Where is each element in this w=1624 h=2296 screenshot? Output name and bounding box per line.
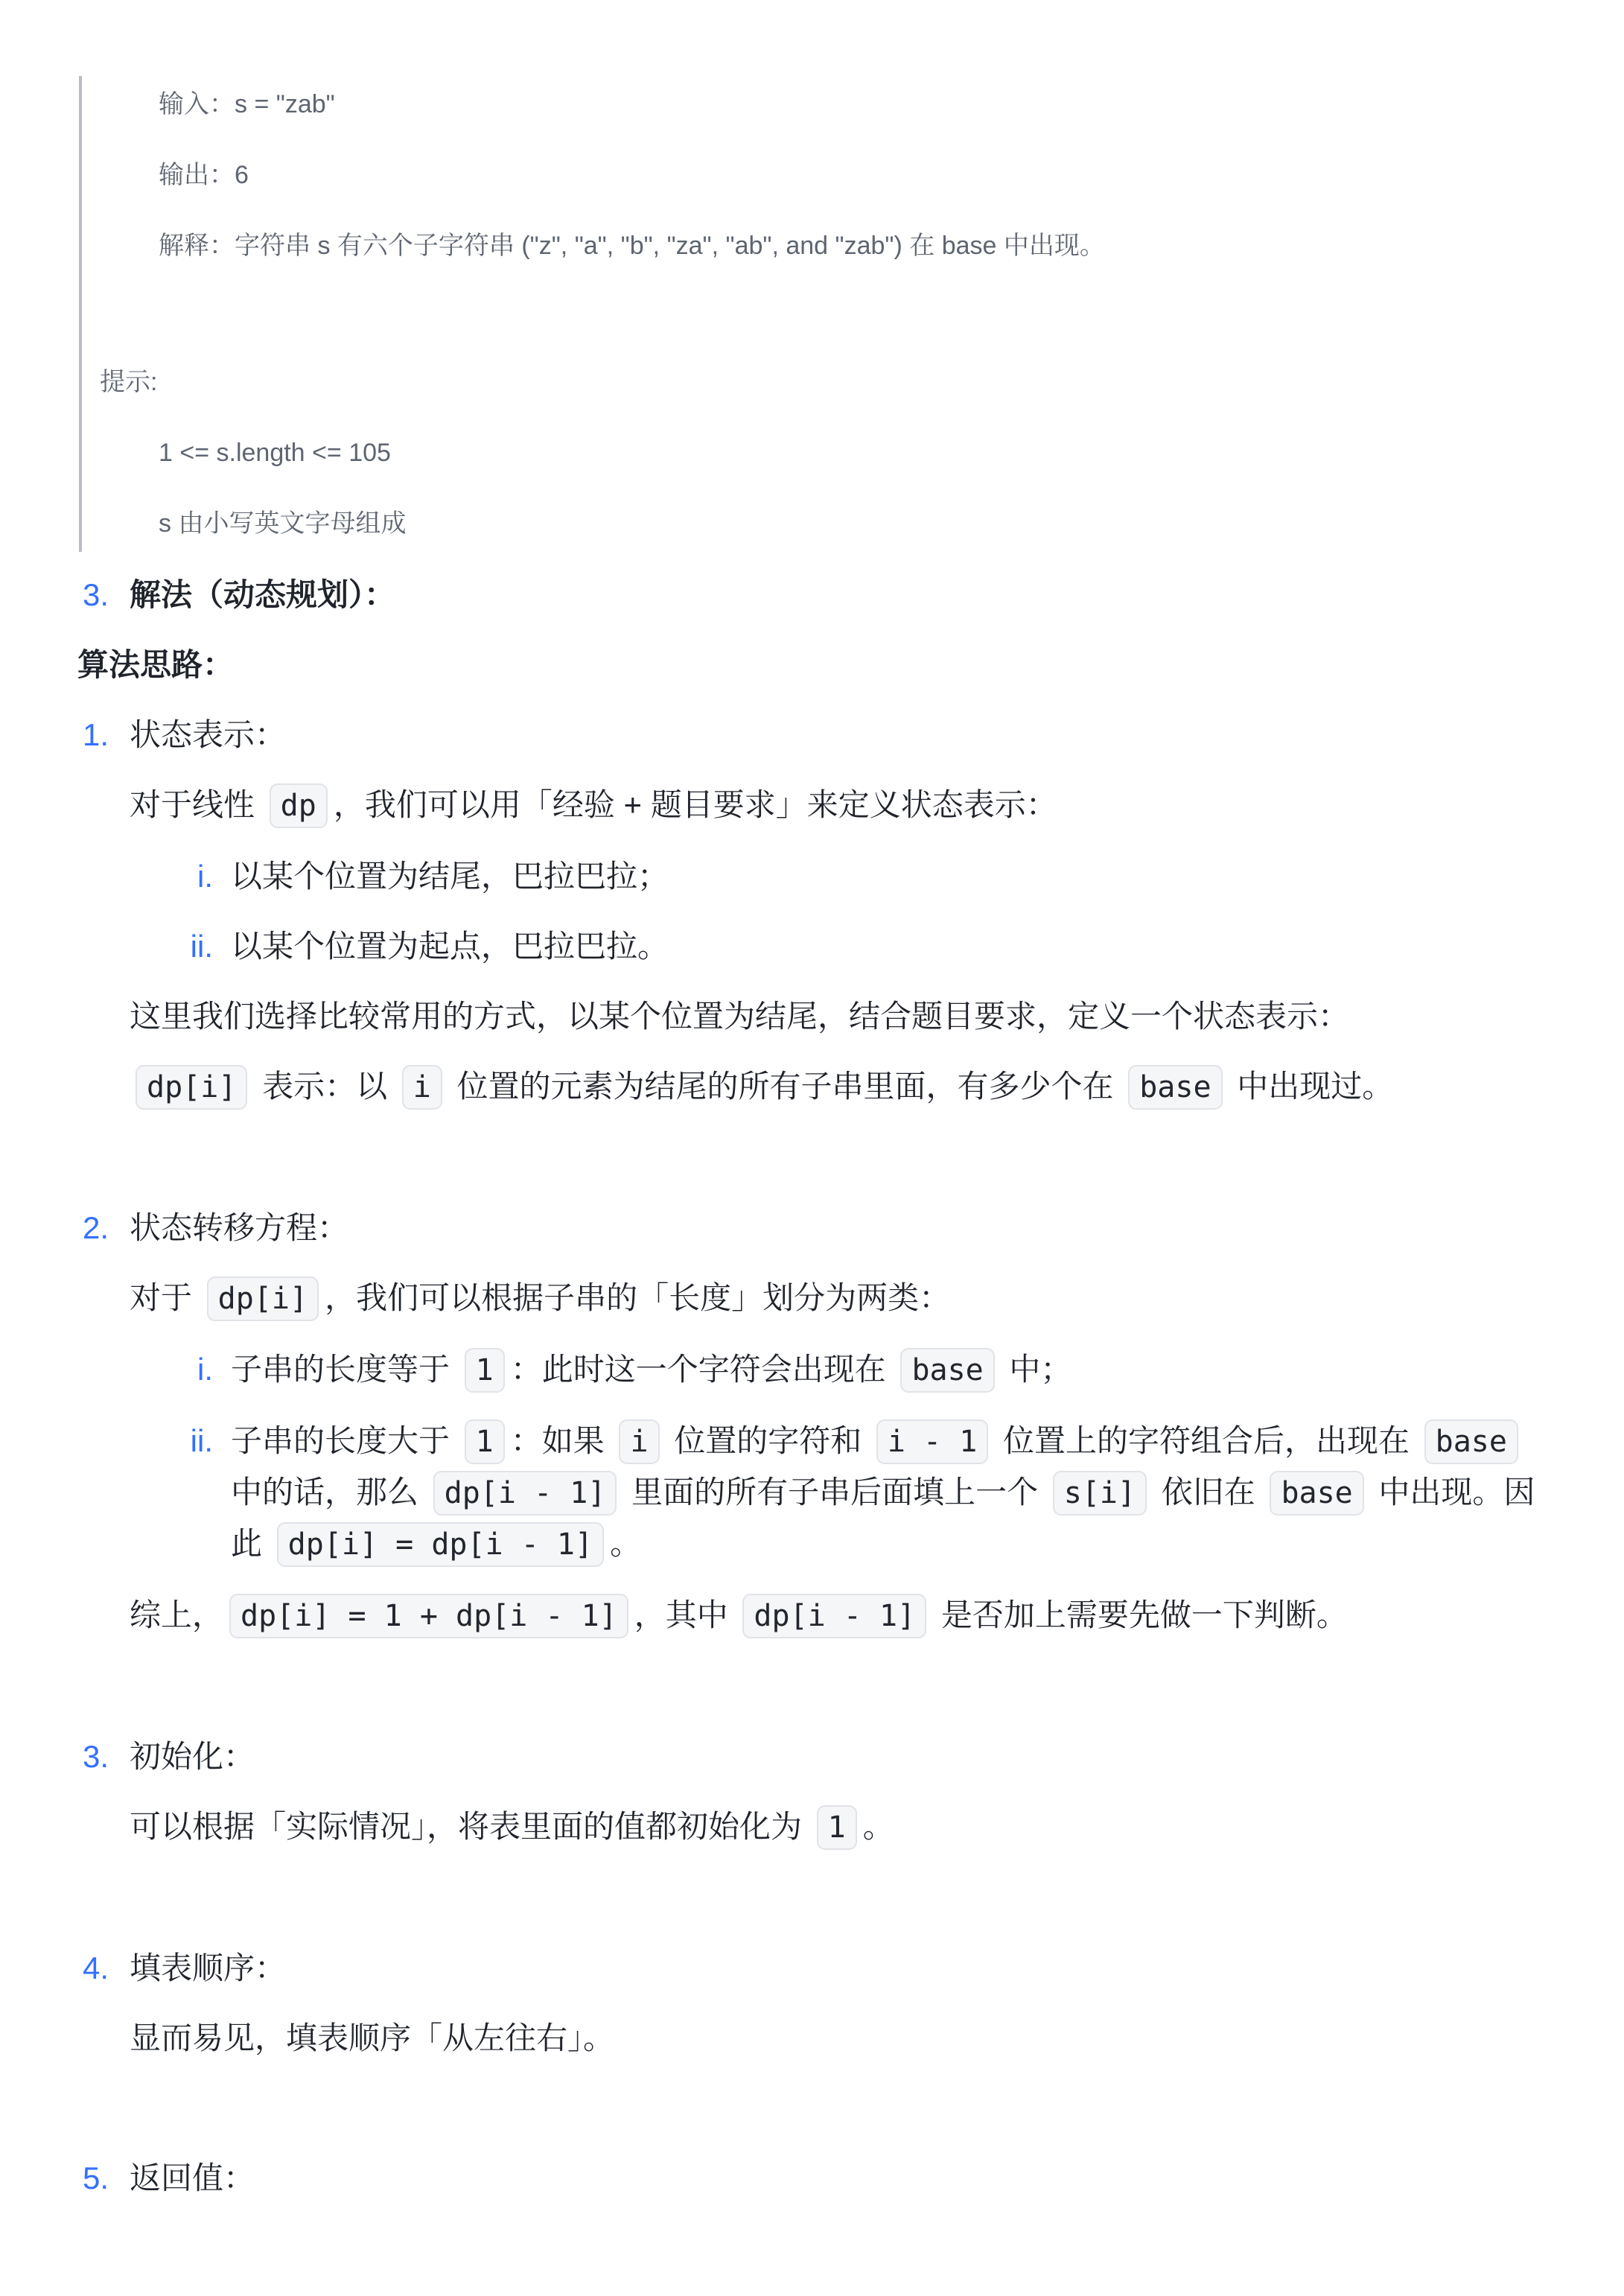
solution-heading-title: 解法（动态规划）： — [130, 570, 1550, 620]
roman-marker: ii. — [130, 1416, 213, 1466]
text-run: 对于线性 — [130, 787, 264, 822]
inline-code-chip: base — [900, 1348, 994, 1393]
step-fill-order: 4. 填表顺序： 显而易见，填表顺序「从左往右」。 — [67, 1943, 1550, 2153]
inline-code-chip: i — [402, 1065, 442, 1110]
text-run: 位置上的字符组合后，出现在 — [994, 1423, 1418, 1458]
text-run: ，其中 — [634, 1597, 737, 1632]
problem-quote: 输入：s = "zab" 输出：6 解释：字符串 s 有六个子字符串 ("z",… — [79, 76, 1550, 552]
inline-code-chip: base — [1270, 1471, 1363, 1516]
text-run: 综上， — [130, 1597, 223, 1632]
example-explanation-line: 解释：字符串 s 有六个子字符串 ("z", "a", "b", "za", "… — [159, 228, 1550, 264]
inline-code-chip: base — [1424, 1419, 1518, 1464]
text-run: 依旧在 — [1153, 1475, 1264, 1510]
list-marker: 1. — [67, 710, 109, 760]
text-run: ：如果 — [511, 1423, 614, 1458]
roman-list-item: ii. 子串的长度大于 1：如果 i 位置的字符和 i - 1 位置上的字符组合… — [130, 1416, 1550, 1590]
roman-marker: i. — [130, 1344, 213, 1394]
step-initialization: 3. 初始化： 可以根据「实际情况」，将表里面的值都初始化为 1。 — [67, 1731, 1550, 1943]
step-content: 状态转移方程： 对于 dp[i]，我们可以根据子串的「长度」划分为两类： i. … — [130, 1203, 1550, 1731]
text-run: 位置的字符和 — [666, 1423, 870, 1458]
text-run: 位置的元素为结尾的所有子串里面，有多少个在 — [448, 1069, 1122, 1104]
text-run: 中； — [1001, 1352, 1072, 1387]
inline-code-chip: dp[i] — [136, 1065, 247, 1110]
text-run: ，我们可以用「经验 + 题目要求」来定义状态表示： — [334, 787, 1057, 822]
text-run: 以某个位置为起点，巴拉巴拉。 — [231, 929, 669, 964]
paragraph: 综上，dp[i] = 1 + dp[i - 1]，其中 dp[i - 1] 是否… — [130, 1590, 1550, 1641]
list-marker: 4. — [67, 1943, 109, 1993]
inline-code-chip: dp[i - 1] — [433, 1471, 617, 1516]
roman-marker: i. — [130, 851, 213, 901]
text-run: 这里我们选择比较常用的方式，以某个位置为结尾，结合题目要求，定义一个状态表示： — [130, 999, 1349, 1034]
roman-list-item: i. 以某个位置为结尾，巴拉巴拉； — [130, 851, 1550, 921]
inline-code-chip: dp[i - 1] — [742, 1594, 926, 1638]
document-page: 输入：s = "zab" 输出：6 解释：字符串 s 有六个子字符串 ("z",… — [0, 0, 1624, 2296]
inline-code-chip: dp[i] = dp[i - 1] — [277, 1522, 604, 1567]
algorithm-ideas-heading: 算法思路： — [77, 640, 1550, 690]
paragraph: 对于 dp[i]，我们可以根据子串的「长度」划分为两类： — [130, 1273, 1550, 1324]
hints-label: 提示: — [100, 364, 1550, 400]
step-title: 初始化： — [130, 1731, 1550, 1781]
step-title: 返回值： — [130, 2153, 1550, 2203]
step-content: 初始化： 可以根据「实际情况」，将表里面的值都初始化为 1。 — [130, 1731, 1550, 1943]
text-run: 里面的所有子串后面填上一个 — [622, 1475, 1046, 1510]
roman-item-text: 子串的长度等于 1：此时这一个字符会出现在 base 中； — [231, 1344, 1550, 1396]
inline-code-chip: 1 — [817, 1805, 857, 1850]
step-content: 状态表示： 对于线性 dp，我们可以用「经验 + 题目要求」来定义状态表示： i… — [130, 710, 1550, 1203]
inline-code-chip: i - 1 — [876, 1419, 988, 1464]
text-run: 表示：以 — [253, 1069, 395, 1104]
roman-list-item: i. 子串的长度等于 1：此时这一个字符会出现在 base 中； — [130, 1344, 1550, 1416]
solution-heading-row: 3. 解法（动态规划）： — [67, 570, 1550, 640]
text-run: ：此时这一个字符会出现在 — [511, 1352, 895, 1387]
example-output-line: 输出：6 — [159, 157, 1550, 193]
step-transition-equation: 2. 状态转移方程： 对于 dp[i]，我们可以根据子串的「长度」划分为两类： … — [67, 1203, 1550, 1731]
paragraph: 这里我们选择比较常用的方式，以某个位置为结尾，结合题目要求，定义一个状态表示： — [130, 991, 1550, 1041]
text-run: 以某个位置为结尾，巴拉巴拉； — [231, 859, 669, 894]
inline-code-chip: dp[i] = 1 + dp[i - 1] — [229, 1594, 628, 1638]
text-run: 子串的长度等于 — [231, 1352, 459, 1387]
roman-marker: ii. — [130, 921, 213, 971]
inline-code-chip: dp — [270, 783, 328, 828]
inline-code-chip: s[i] — [1053, 1471, 1147, 1516]
step-return-value: 5. 返回值： — [67, 2153, 1550, 2203]
text-run: 子串的长度大于 — [231, 1423, 459, 1458]
step-state-representation: 1. 状态表示： 对于线性 dp，我们可以用「经验 + 题目要求」来定义状态表示… — [67, 710, 1550, 1203]
step-title: 状态表示： — [130, 710, 1550, 760]
paragraph: 显而易见，填表顺序「从左往右」。 — [130, 2013, 1550, 2063]
text-run: 对于 — [130, 1280, 201, 1315]
text-run: 。 — [863, 1809, 894, 1844]
solution-heading-content: 解法（动态规划）： — [130, 570, 1550, 640]
text-run: 。 — [610, 1526, 641, 1561]
step-title: 状态转移方程： — [130, 1203, 1550, 1253]
list-marker: 3. — [67, 1731, 109, 1781]
list-marker: 5. — [67, 2153, 109, 2203]
step-content: 填表顺序： 显而易见，填表顺序「从左往右」。 — [130, 1943, 1550, 2153]
text-run: 中出现过。 — [1229, 1069, 1394, 1104]
example-input-line: 输入：s = "zab" — [159, 86, 1550, 122]
inline-code-chip: 1 — [465, 1348, 505, 1393]
inline-code-chip: 1 — [465, 1419, 505, 1464]
paragraph: 对于线性 dp，我们可以用「经验 + 题目要求」来定义状态表示： — [130, 780, 1550, 831]
roman-item-text: 子串的长度大于 1：如果 i 位置的字符和 i - 1 位置上的字符组合后，出现… — [231, 1416, 1550, 1570]
text-run: 是否加上需要先做一下判断。 — [932, 1597, 1348, 1632]
paragraph: dp[i] 表示：以 i 位置的元素为结尾的所有子串里面，有多少个在 base … — [130, 1061, 1550, 1113]
roman-item-text: 以某个位置为起点，巴拉巴拉。 — [231, 921, 1550, 971]
text-run: ，我们可以根据子串的「长度」划分为两类： — [325, 1280, 950, 1315]
constraint-line: 1 <= s.length <= 105 — [159, 435, 1550, 471]
step-title: 填表顺序： — [130, 1943, 1550, 1993]
list-marker: 2. — [67, 1203, 109, 1253]
text-run: 显而易见，填表顺序「从左往右」。 — [130, 2020, 614, 2055]
roman-list-item: ii. 以某个位置为起点，巴拉巴拉。 — [130, 921, 1550, 991]
inline-code-chip: dp[i] — [207, 1276, 319, 1321]
constraint-line: s 由小写英文字母组成 — [159, 506, 1550, 541]
text-run: 可以根据「实际情况」，将表里面的值都初始化为 — [130, 1809, 811, 1844]
paragraph: 可以根据「实际情况」，将表里面的值都初始化为 1。 — [130, 1801, 1550, 1853]
inline-code-chip: i — [619, 1419, 659, 1464]
step-content: 返回值： — [130, 2153, 1550, 2203]
inline-code-chip: base — [1128, 1065, 1222, 1110]
roman-item-text: 以某个位置为结尾，巴拉巴拉； — [231, 851, 1550, 901]
list-marker: 3. — [67, 570, 109, 620]
